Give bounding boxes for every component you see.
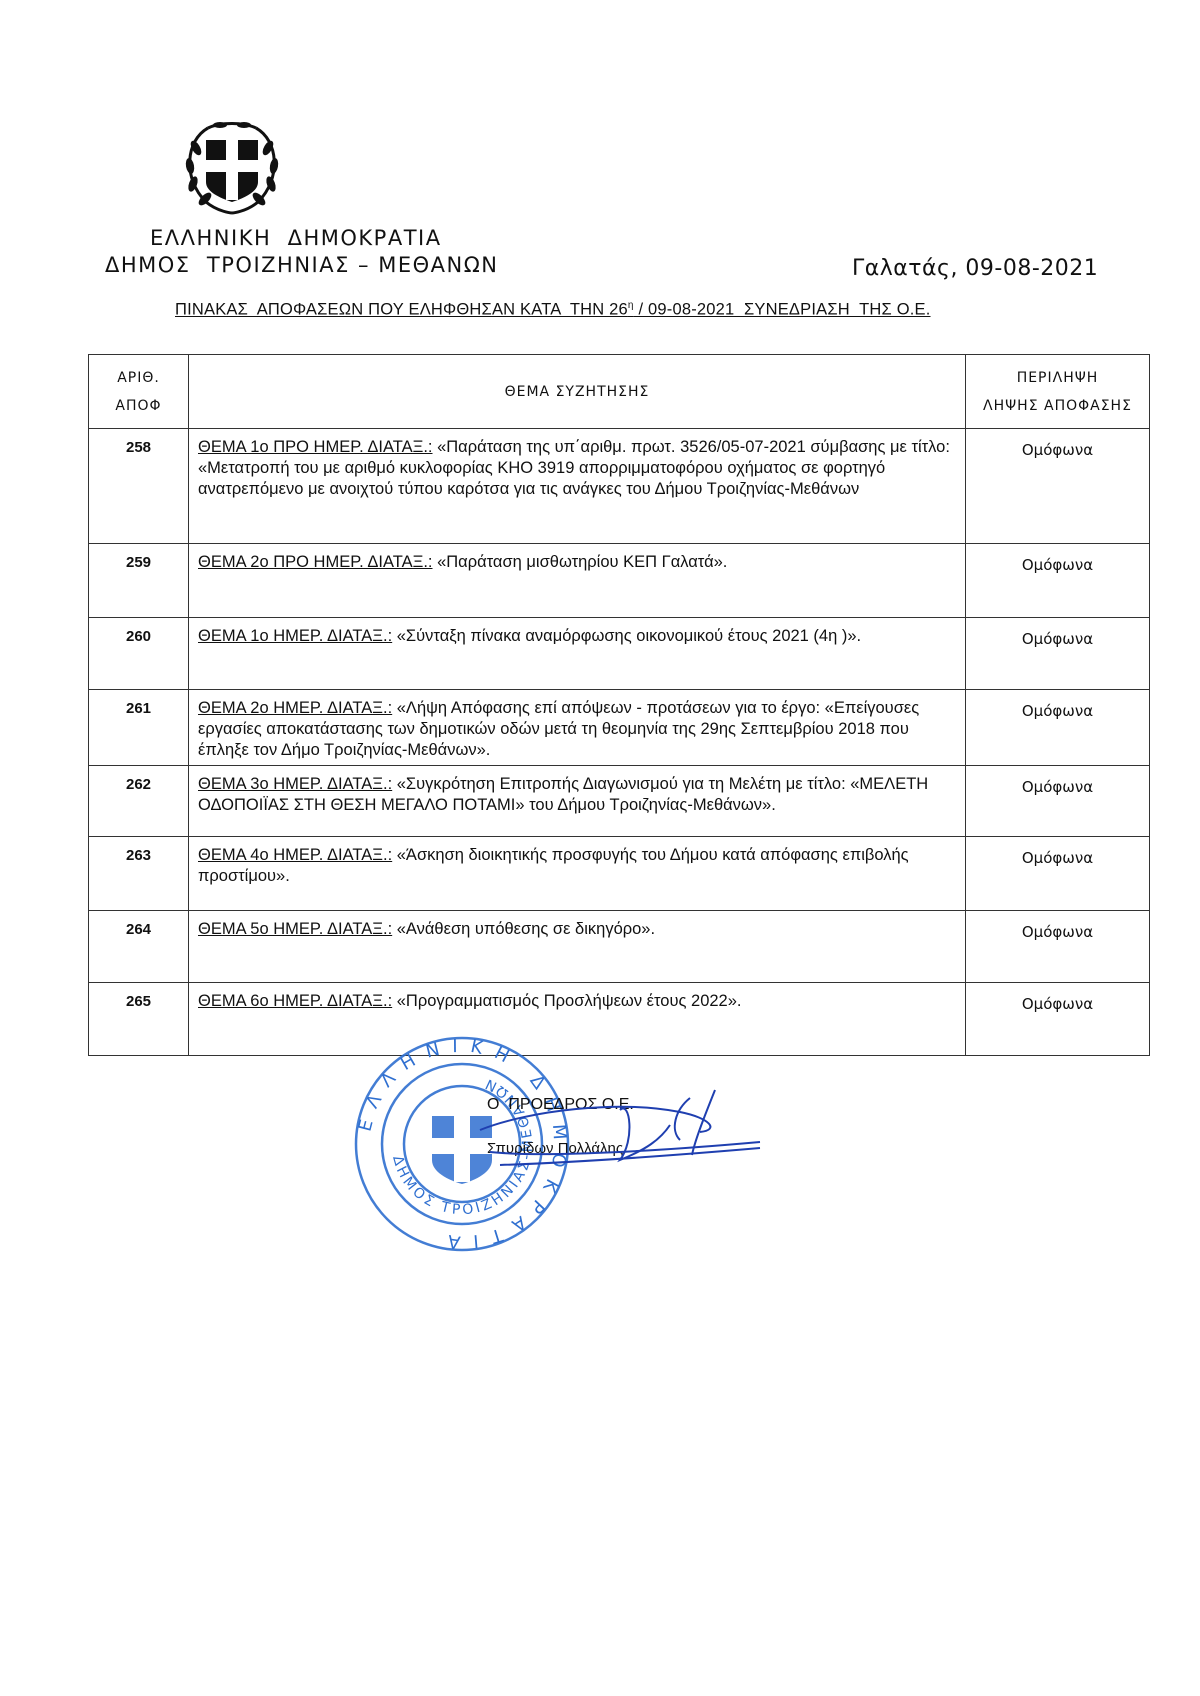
header-topic: ΘΕΜΑ ΣΥΖΗΤΗΣΗΣ xyxy=(189,355,966,429)
place-date: Γαλατάς, 09-08-2021 xyxy=(852,256,1098,281)
table-row: 260ΘΕΜΑ 1ο ΗΜΕΡ. ΔΙΑΤΑΞ.: «Σύνταξη πίνακ… xyxy=(89,618,1150,690)
decision-result: Ομόφωνα xyxy=(966,911,1150,983)
table-row: 262ΘΕΜΑ 3ο ΗΜΕΡ. ΔΙΑΤΑΞ.: «Συγκρότηση Επ… xyxy=(89,766,1150,837)
decision-number: 262 xyxy=(89,766,189,837)
greek-coat-of-arms-icon xyxy=(178,118,286,216)
topic-label: ΘΕΜΑ 4ο ΗΜΕΡ. ΔΙΑΤΑΞ.: xyxy=(198,846,392,864)
decision-result: Ομόφωνα xyxy=(966,766,1150,837)
decision-result: Ομόφωνα xyxy=(966,837,1150,911)
table-row: 259ΘΕΜΑ 2ο ΠΡΟ ΗΜΕΡ. ΔΙΑΤΑΞ.: «Παράταση … xyxy=(89,544,1150,618)
decision-number: 260 xyxy=(89,618,189,690)
topic-label: ΘΕΜΑ 3ο ΗΜΕΡ. ΔΙΑΤΑΞ.: xyxy=(198,775,392,793)
header-decision-number: ΑΡΙΘ.ΑΠΟΦ xyxy=(89,355,189,429)
title-prefix: ΠΙΝΑΚΑΣ ΑΠΟΦΑΣΕΩΝ ΠΟΥ ΕΛΗΦΘΗΣΑΝ ΚΑΤΑ ΤΗΝ… xyxy=(175,301,628,319)
topic-text: «Προγραμματισμός Προσλήψεων έτους 2022». xyxy=(392,992,741,1010)
topic-label: ΘΕΜΑ 2ο ΗΜΕΡ. ΔΙΑΤΑΞ.: xyxy=(198,699,392,717)
decision-topic: ΘΕΜΑ 2ο ΠΡΟ ΗΜΕΡ. ΔΙΑΤΑΞ.: «Παράταση μισ… xyxy=(189,544,966,618)
decisions-table: ΑΡΙΘ.ΑΠΟΦ ΘΕΜΑ ΣΥΖΗΤΗΣΗΣ ΠΕΡΙΛΗΨΗΛΗΨΗΣ Α… xyxy=(88,354,1150,1056)
table-row: 258ΘΕΜΑ 1ο ΠΡΟ ΗΜΕΡ. ΔΙΑΤΑΞ.: «Παράταση … xyxy=(89,429,1150,544)
table-row: 263ΘΕΜΑ 4ο ΗΜΕΡ. ΔΙΑΤΑΞ.: «Άσκηση διοικη… xyxy=(89,837,1150,911)
topic-label: ΘΕΜΑ 2ο ΠΡΟ ΗΜΕΡ. ΔΙΑΤΑΞ.: xyxy=(198,553,433,571)
topic-label: ΘΕΜΑ 6ο ΗΜΕΡ. ΔΙΑΤΑΞ.: xyxy=(198,992,392,1010)
table-header-row: ΑΡΙΘ.ΑΠΟΦ ΘΕΜΑ ΣΥΖΗΤΗΣΗΣ ΠΕΡΙΛΗΨΗΛΗΨΗΣ Α… xyxy=(89,355,1150,429)
decision-topic: ΘΕΜΑ 6ο ΗΜΕΡ. ΔΙΑΤΑΞ.: «Προγραμματισμός … xyxy=(189,983,966,1056)
title-suffix: / 09-08-2021 ΣΥΝΕΔΡΙΑΣΗ ΤΗΣ Ο.Ε. xyxy=(634,301,931,319)
decision-number: 261 xyxy=(89,690,189,766)
handwritten-signature xyxy=(470,1070,770,1180)
table-row: 261ΘΕΜΑ 2ο ΗΜΕΡ. ΔΙΑΤΑΞ.: «Λήψη Απόφασης… xyxy=(89,690,1150,766)
decision-number: 265 xyxy=(89,983,189,1056)
decision-number: 264 xyxy=(89,911,189,983)
topic-label: ΘΕΜΑ 1ο ΗΜΕΡ. ΔΙΑΤΑΞ.: xyxy=(198,627,392,645)
document-title: ΠΙΝΑΚΑΣ ΑΠΟΦΑΣΕΩΝ ΠΟΥ ΕΛΗΦΘΗΣΑΝ ΚΑΤΑ ΤΗΝ… xyxy=(175,300,931,320)
decision-topic: ΘΕΜΑ 1ο ΗΜΕΡ. ΔΙΑΤΑΞ.: «Σύνταξη πίνακα α… xyxy=(189,618,966,690)
decision-number: 259 xyxy=(89,544,189,618)
decision-result: Ομόφωνα xyxy=(966,618,1150,690)
decision-result: Ομόφωνα xyxy=(966,690,1150,766)
decision-result: Ομόφωνα xyxy=(966,544,1150,618)
decision-number: 263 xyxy=(89,837,189,911)
country-heading: ΕΛΛΗΝΙΚΗ ΔΗΜΟΚΡΑΤΙΑ xyxy=(150,226,442,250)
table-row: 265ΘΕΜΑ 6ο ΗΜΕΡ. ΔΙΑΤΑΞ.: «Προγραμματισμ… xyxy=(89,983,1150,1056)
table-row: 264ΘΕΜΑ 5ο ΗΜΕΡ. ΔΙΑΤΑΞ.: «Ανάθεση υπόθε… xyxy=(89,911,1150,983)
decision-result: Ομόφωνα xyxy=(966,983,1150,1056)
decision-topic: ΘΕΜΑ 3ο ΗΜΕΡ. ΔΙΑΤΑΞ.: «Συγκρότηση Επιτρ… xyxy=(189,766,966,837)
topic-text: «Σύνταξη πίνακα αναμόρφωσης οικονομικού … xyxy=(392,627,861,645)
decision-topic: ΘΕΜΑ 2ο ΗΜΕΡ. ΔΙΑΤΑΞ.: «Λήψη Απόφασης επ… xyxy=(189,690,966,766)
topic-label: ΘΕΜΑ 1ο ΠΡΟ ΗΜΕΡ. ΔΙΑΤΑΞ.: xyxy=(198,438,433,456)
topic-label: ΘΕΜΑ 5ο ΗΜΕΡ. ΔΙΑΤΑΞ.: xyxy=(198,920,392,938)
topic-text: «Ανάθεση υπόθεσης σε δικηγόρο». xyxy=(392,920,655,938)
decision-topic: ΘΕΜΑ 4ο ΗΜΕΡ. ΔΙΑΤΑΞ.: «Άσκηση διοικητικ… xyxy=(189,837,966,911)
header-result: ΠΕΡΙΛΗΨΗΛΗΨΗΣ ΑΠΟΦΑΣΗΣ xyxy=(966,355,1150,429)
decision-number: 258 xyxy=(89,429,189,544)
municipality-heading: ΔΗΜΟΣ ΤΡΟΙΖΗΝΙΑΣ – ΜΕΘΑΝΩΝ xyxy=(105,253,498,277)
decision-result: Ομόφωνα xyxy=(966,429,1150,544)
decision-topic: ΘΕΜΑ 1ο ΠΡΟ ΗΜΕΡ. ΔΙΑΤΑΞ.: «Παράταση της… xyxy=(189,429,966,544)
decision-topic: ΘΕΜΑ 5ο ΗΜΕΡ. ΔΙΑΤΑΞ.: «Ανάθεση υπόθεσης… xyxy=(189,911,966,983)
topic-text: «Παράταση μισθωτηρίου ΚΕΠ Γαλατά». xyxy=(433,553,728,571)
